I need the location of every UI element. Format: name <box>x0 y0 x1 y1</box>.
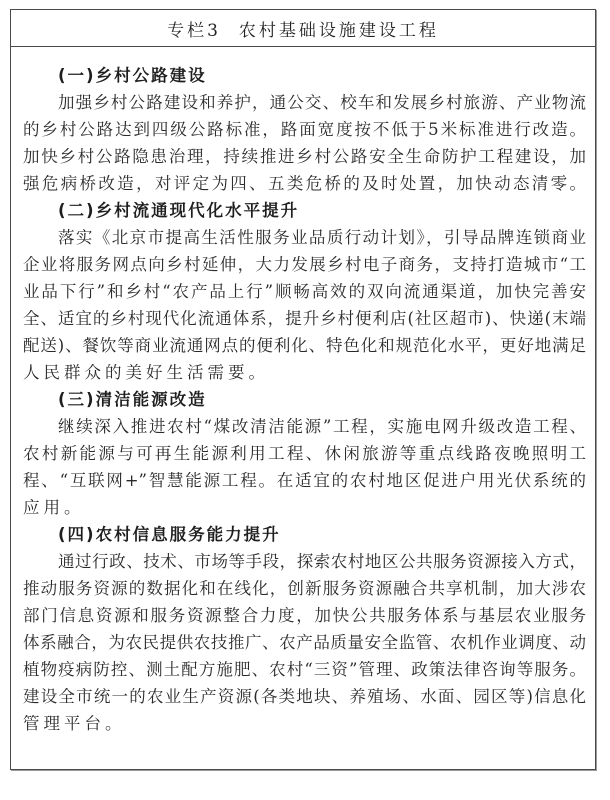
column-label: 专栏3 <box>167 16 221 41</box>
special-column-box: 专栏3 农村基础设施建设工程 (一)乡村公路建设 加强乡村公路建设和养护，通公交… <box>10 9 596 770</box>
section-clean-energy: (三)清洁能源改造 继续深入推进农村“煤改清洁能源”工程，实施电网升级改造工程、… <box>23 386 589 521</box>
paragraph-line: 程、“互联网+”智慧能源工程。在适宜的农村地区促进户用光伏系统的 <box>23 467 586 494</box>
section-heading: (四)农村信息服务能力提升 <box>23 521 589 548</box>
paragraph-line: 全、适宜的乡村现代化流通体系，提升乡村便利店(社区超市)、快递(末端 <box>23 305 586 332</box>
section-heading: (三)清洁能源改造 <box>23 386 589 413</box>
paragraph-line: 落实《北京市提高生活性服务业品质行动计划》，引导品牌连锁商业 <box>23 224 586 251</box>
paragraph-line: 部门信息资源和服务资源整合力度，加快公共服务体系与基层农业服务 <box>23 602 586 629</box>
paragraph-line: 建设全市统一的农业生产资源(各类地块、养殖场、水面、园区等)信息化 <box>23 683 586 710</box>
paragraph-line: 加快乡村公路隐患治理，持续推进乡村公路安全生命防护工程建设，加 <box>23 143 586 170</box>
paragraph-line: 强危病桥改造，对评定为四、五类危桥的及时处置，加快动态清零。 <box>23 170 586 197</box>
paragraph-line: 配送)、餐饮等商业流通网点的便利化、特色化和规范化水平，更好地满足 <box>23 332 586 359</box>
section-heading: (二)乡村流通现代化水平提升 <box>23 197 589 224</box>
paragraph-line: 人民群众的美好生活需要。 <box>23 359 586 386</box>
section-rural-circulation: (二)乡村流通现代化水平提升 落实《北京市提高生活性服务业品质行动计划》，引导品… <box>23 197 589 386</box>
section-information-services: (四)农村信息服务能力提升 通过行政、技术、市场等手段，探索农村地区公共服务资源… <box>23 521 589 737</box>
paragraph-line: 应用。 <box>23 494 586 521</box>
column-header: 专栏3 农村基础设施建设工程 <box>11 10 595 47</box>
paragraph-line: 继续深入推进农村“煤改清洁能源”工程，实施电网升级改造工程、 <box>23 413 586 440</box>
paragraph-line: 体系融合，为农民提供农技推广、农产品质量安全监管、农机作业调度、动 <box>23 629 586 656</box>
column-title: 农村基础设施建设工程 <box>239 16 439 41</box>
section-rural-roads: (一)乡村公路建设 加强乡村公路建设和养护，通公交、校车和发展乡村旅游、产业物流… <box>23 62 589 197</box>
section-heading: (一)乡村公路建设 <box>23 62 589 89</box>
paragraph-line: 业品下行”和乡村“农产品上行”顺畅高效的双向流通渠道，加快完善安 <box>23 278 586 305</box>
paragraph-line: 的乡村公路达到四级公路标准，路面宽度按不低于5米标准进行改造。 <box>23 116 586 143</box>
paragraph-line: 通过行政、技术、市场等手段，探索农村地区公共服务资源接入方式， <box>23 548 586 575</box>
paragraph-line: 农村新能源与可再生能源利用工程、休闲旅游等重点线路夜晚照明工 <box>23 440 586 467</box>
paragraph-line: 管理平台。 <box>23 710 586 737</box>
paragraph-line: 企业将服务网点向乡村延伸，大力发展乡村电子商务，支持打造城市“工 <box>23 251 586 278</box>
paragraph-line: 加强乡村公路建设和养护，通公交、校车和发展乡村旅游、产业物流 <box>23 89 586 116</box>
paragraph-line: 植物疫病防控、测土配方施肥、农村“三资”管理、政策法律咨询等服务。 <box>23 656 586 683</box>
column-body: (一)乡村公路建设 加强乡村公路建设和养护，通公交、校车和发展乡村旅游、产业物流… <box>23 62 589 737</box>
paragraph-line: 推动服务资源的数据化和在线化，创新服务资源融合共享机制，加大涉农 <box>23 575 586 602</box>
